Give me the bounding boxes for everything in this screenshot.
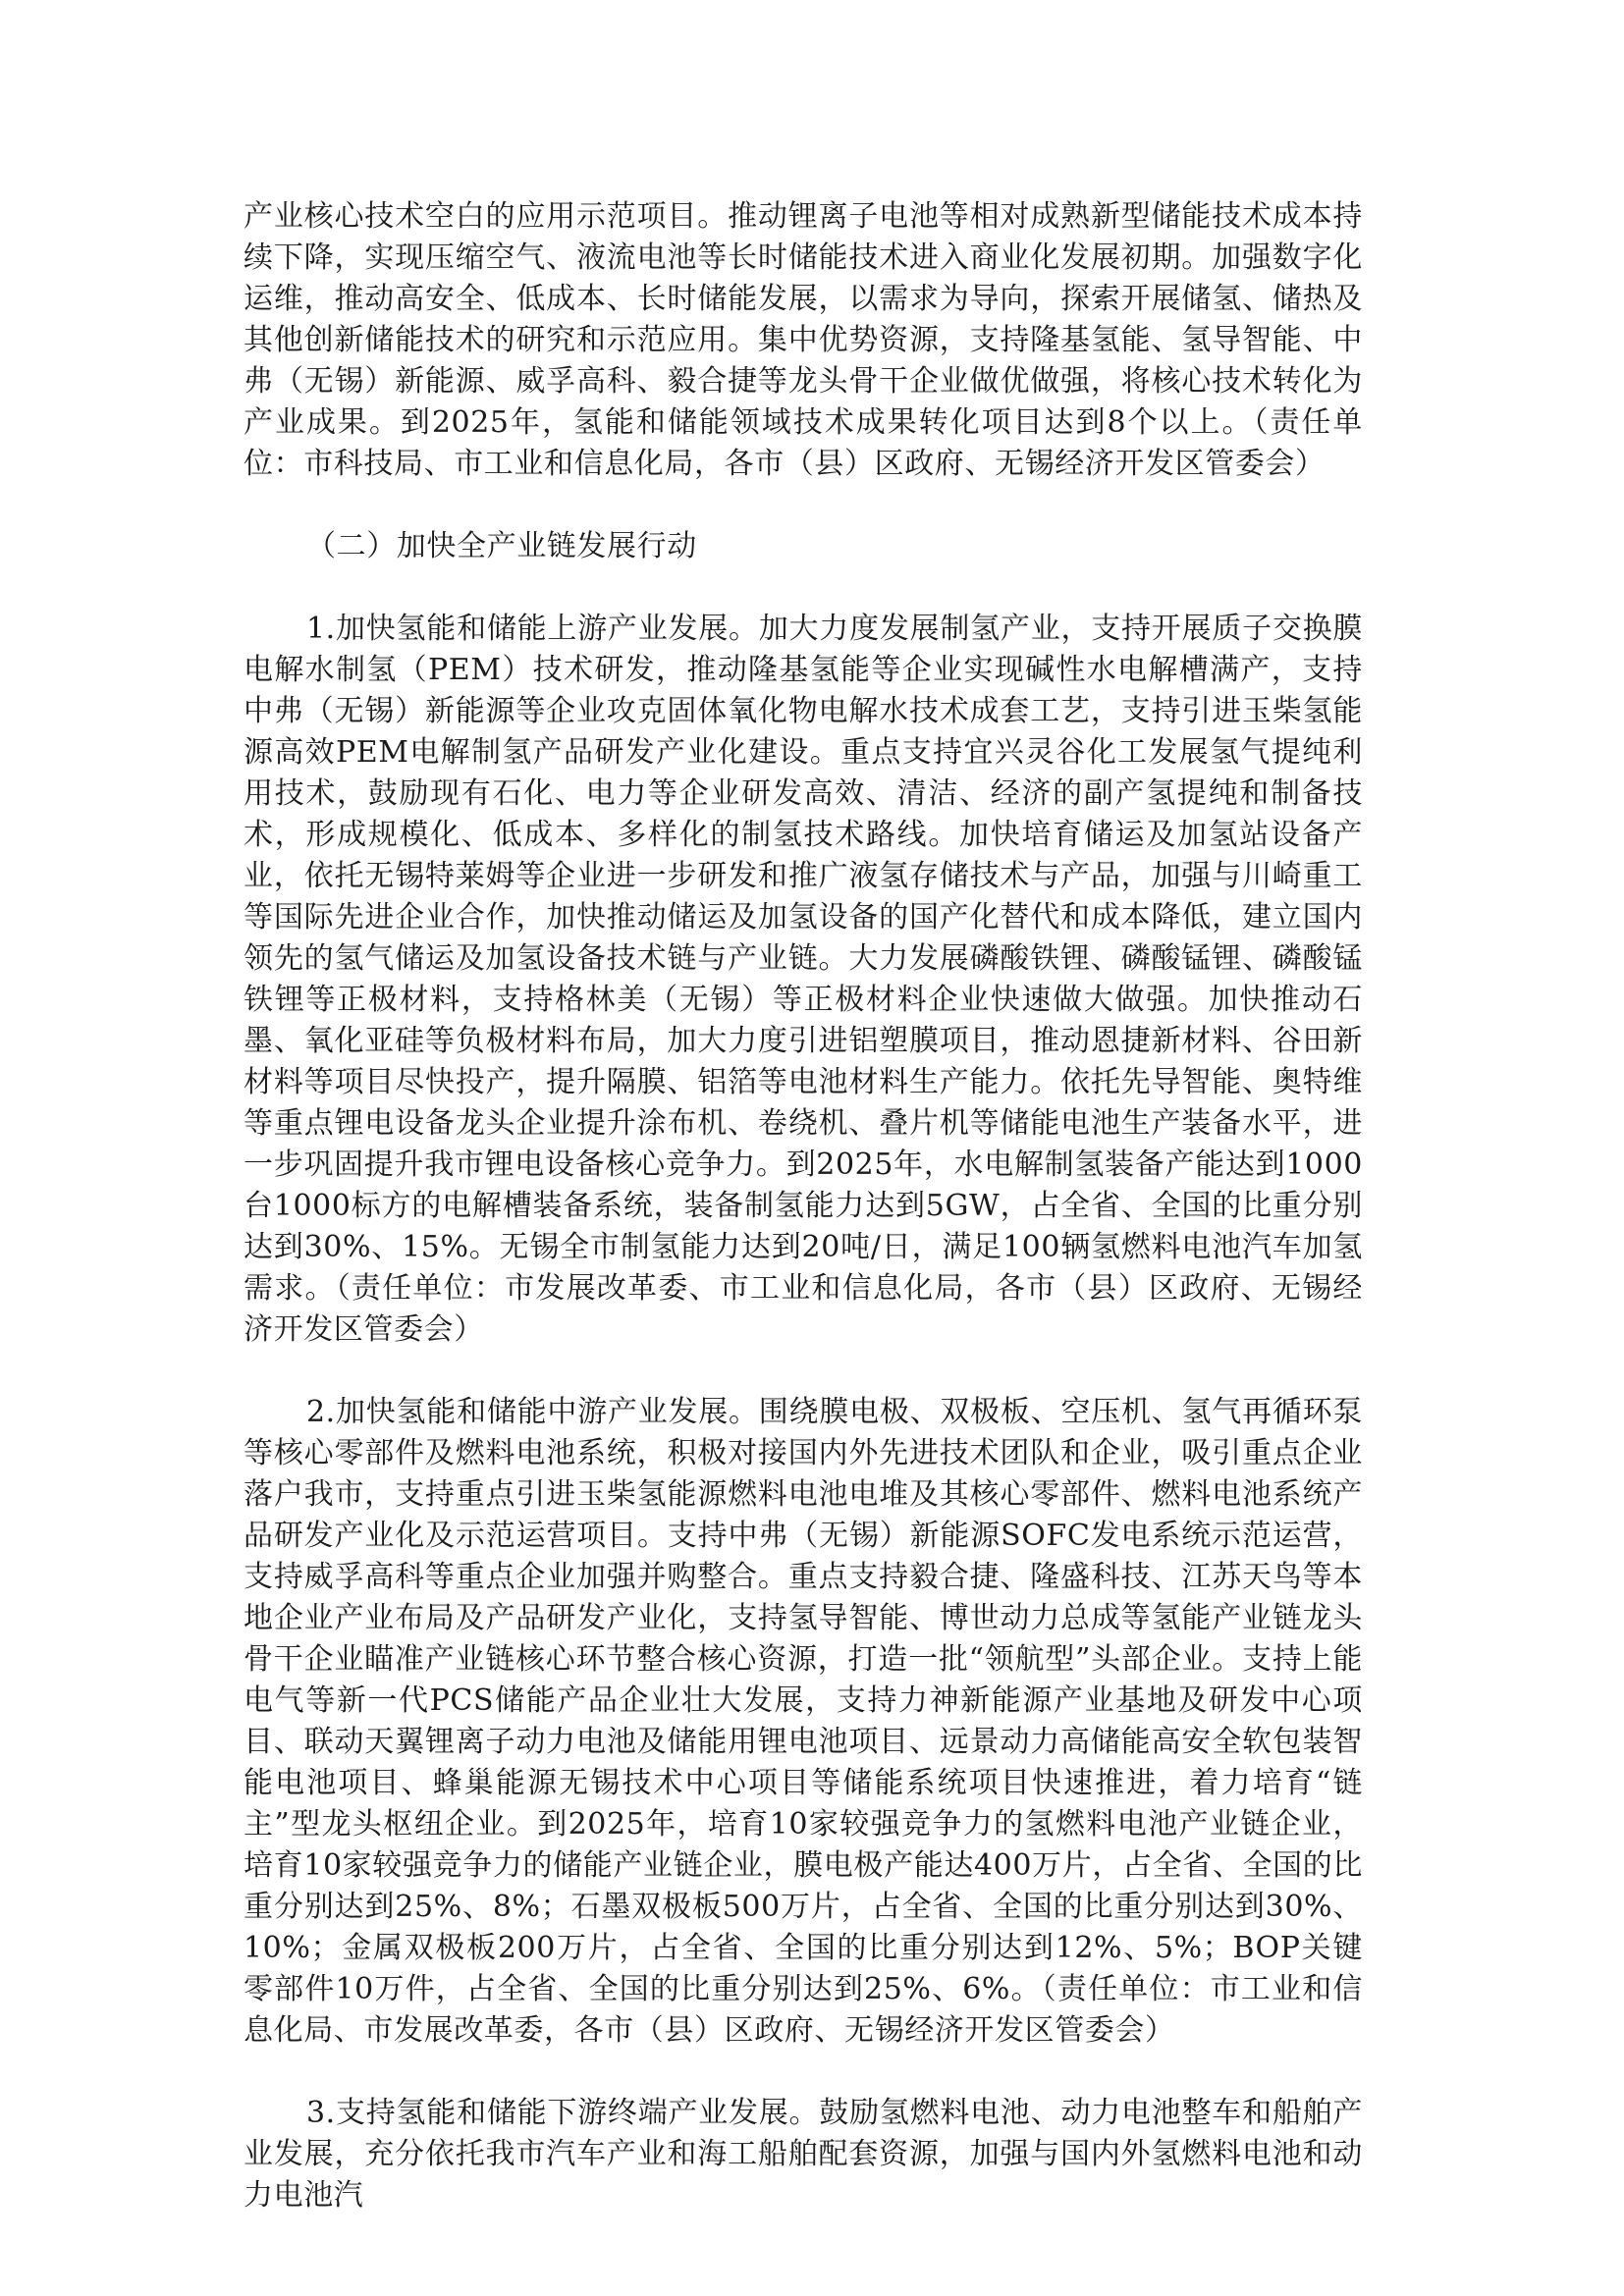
paragraph-spacer xyxy=(244,485,1363,526)
section-heading: （二）加快全产业链发展行动 xyxy=(244,526,1363,567)
body-paragraph-downstream: 3.支持氢能和储能下游终端产业发展。鼓励氢燃料电池、动力电池整车和船舶产业发展，… xyxy=(244,2093,1363,2216)
body-paragraph-continued: 产业核心技术空白的应用示范项目。推动锂离子电池等相对成熟新型储能技术成本持续下降… xyxy=(244,196,1363,485)
paragraph-spacer xyxy=(244,1351,1363,1392)
paragraph-spacer xyxy=(244,2052,1363,2093)
body-paragraph-upstream: 1.加快氢能和储能上游产业发展。加大力度发展制氢产业，支持开展质子交换膜电解水制… xyxy=(244,609,1363,1351)
document-page: 产业核心技术空白的应用示范项目。推动锂离子电池等相对成熟新型储能技术成本持续下降… xyxy=(244,196,1363,2216)
paragraph-spacer xyxy=(244,567,1363,609)
body-paragraph-midstream: 2.加快氢能和储能中游产业发展。围绕膜电极、双极板、空压机、氢气再循环泵等核心零… xyxy=(244,1392,1363,2052)
